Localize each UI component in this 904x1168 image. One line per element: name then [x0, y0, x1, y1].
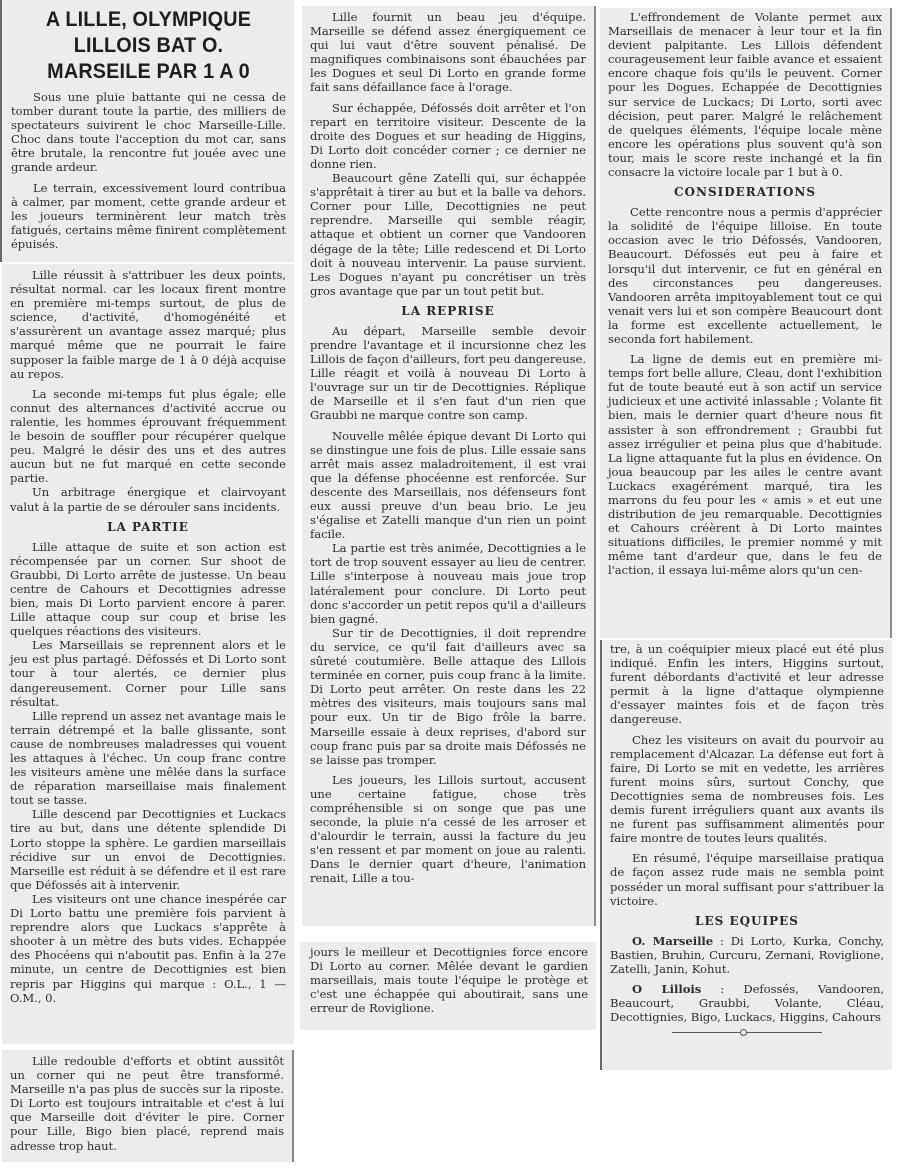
paragraph: Chez les visiteurs on avait du pourvoir … [610, 733, 884, 846]
paragraph: En résumé, l'équipe marseillaise pratiqu… [610, 851, 884, 907]
paragraph: Sur tir de Decottignies, il doit reprend… [310, 626, 586, 767]
paragraph: Lille descend par Decottignies et Luckac… [10, 807, 286, 892]
section-heading-la-reprise: LA REPRISE [310, 304, 586, 318]
paragraph: Les visiteurs ont une chance inespérée c… [10, 892, 286, 1005]
team-lineup-marseille: O. Marseille : Di Lorto, Kurka, Conchy, … [610, 934, 884, 976]
paragraph: Sous une pluie battante qui ne cessa de … [11, 90, 286, 175]
team-name: O Lillois [632, 982, 701, 996]
clip-col2-tail: jours le meilleur et Decottignies force … [300, 942, 596, 1030]
clip-col1-tail: Lille redouble d'efforts et obtint aussi… [2, 1050, 294, 1162]
paragraph: Lille fournit un beau jeu d'équipe. Mars… [310, 10, 586, 95]
clip-col3-top: L'effrondement de Volante permet aux Mar… [600, 8, 892, 638]
paragraph: Lille redouble d'efforts et obtint aussi… [10, 1054, 284, 1153]
team-lineup-lille: O Lillois : Defossés, Vandooren, Beaucou… [610, 982, 884, 1024]
section-heading-la-partie: LA PARTIE [10, 520, 286, 534]
clip-col3-bottom: tre, à un coéquipier mieux placé eut été… [600, 640, 892, 1070]
paragraph: Beaucourt gêne Zatelli qui, sur échappée… [310, 171, 586, 298]
paragraph: Lille attaque de suite et son action est… [10, 540, 286, 639]
paragraph: L'effrondement de Volante permet aux Mar… [608, 10, 882, 179]
clip-headline-intro: A LILLE, OLYMPIQUE LILLOIS BAT O. MARSEI… [0, 0, 294, 262]
section-heading-les-equipes: LES EQUIPES [610, 914, 884, 928]
paragraph: La partie est très animée, Decottignies … [310, 541, 586, 626]
paragraph: Les Marseillais se reprennent alors et l… [10, 638, 286, 708]
paragraph: Cette rencontre nous a permis d'apprécie… [608, 205, 882, 346]
paragraph: Le terrain, excessivement lourd contribu… [11, 181, 286, 251]
paragraph: Nouvelle mêlée épique devant Di Lorto qu… [310, 429, 586, 542]
paragraph: Lille réussit à s'attribuer les deux poi… [10, 268, 286, 381]
paragraph: Sur échappée, Défossés doit arrêter et l… [310, 101, 586, 171]
clip-col2-main: Lille fournit un beau jeu d'équipe. Mars… [302, 6, 596, 926]
paragraph: Au départ, Marseille semble devoir prend… [310, 324, 586, 423]
article-headline: A LILLE, OLYMPIQUE LILLOIS BAT O. MARSEI… [22, 6, 275, 84]
paragraph: Lille reprend un assez net avantage mais… [10, 709, 286, 808]
paragraph: Un arbitrage énergique et clairvoyant va… [10, 485, 286, 513]
paragraph: jours le meilleur et Decottignies force … [310, 945, 588, 1015]
paragraph: La ligne de demis eut en première mi-tem… [608, 352, 882, 578]
section-heading-considerations: CONSIDERATIONS [608, 185, 882, 199]
paragraph: tre, à un coéquipier mieux placé eut été… [610, 642, 884, 727]
paragraph: Les joueurs, les Lillois surtout, accuse… [310, 773, 586, 886]
team-name: O. Marseille [632, 934, 713, 948]
paragraph: La seconde mi-temps fut plus égale; elle… [10, 387, 286, 486]
end-divider-ornament [672, 1032, 822, 1033]
clip-col1-body: Lille réussit à s'attribuer les deux poi… [2, 264, 294, 1044]
